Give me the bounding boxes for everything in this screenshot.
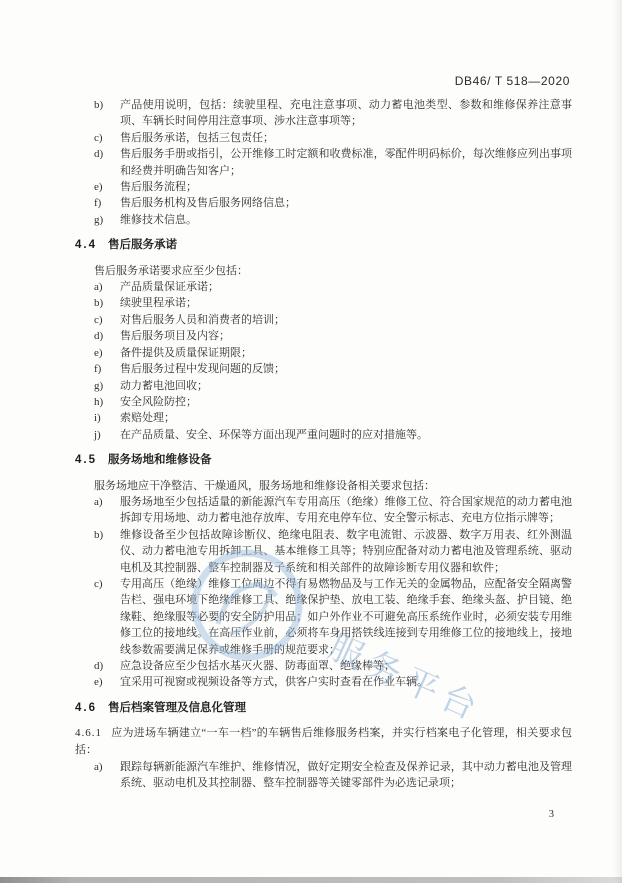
list-item-marker: c) [94, 576, 120, 658]
list-item-text: 维修设备至少包括故障诊断仪、绝缘电阻表、数字电流钳、示波器、数字万用表、红外测温… [120, 527, 572, 576]
list-item-text: 产品使用说明，包括：续驶里程、充电注意事项、动力蓄电池类型、参数和维修保养注意事… [120, 97, 572, 130]
list-item-marker: f) [94, 361, 120, 377]
list-item-marker: i) [94, 410, 120, 426]
header-doc-code: DB46/ T 518—2020 [455, 74, 570, 88]
numbered-paragraph: 4.6.1应为进场车辆建立“一车一档”的车辆售后维修服务档案，并实行档案电子化管… [75, 725, 572, 758]
list-item-text: 专用高压（绝缘）维修工位周边不得有易燃物品及与工作无关的金属物品，应配备安全隔离… [120, 576, 572, 658]
list-item-text: 售后服务流程； [120, 179, 572, 195]
list-item: g)动力蓄电池回收； [75, 378, 572, 394]
list-item-text: 维修技术信息。 [120, 212, 572, 228]
list-item-text: 售后服务过程中发现问题的反馈； [120, 361, 572, 377]
list-item-marker: a) [94, 279, 120, 295]
list-item-text: 售后服务机构及售后服务网络信息； [120, 195, 572, 211]
list-item-text: 售后服务承诺，包括三包责任； [120, 130, 572, 146]
list-item: i)索赔处理； [75, 410, 572, 426]
list-item: e)备件提供及质量保证期限； [75, 345, 572, 361]
list-item: b)续驶里程承诺； [75, 295, 572, 311]
list-item: a)服务场地至少包括适量的新能源汽车专用高压（绝缘）维修工位、符合国家规范的动力… [75, 494, 572, 527]
section-heading: 4.6售后档案管理及信息化管理 [75, 700, 572, 716]
list-item-marker: g) [94, 378, 120, 394]
section-number: 4.4 [75, 237, 97, 253]
list-item-marker: b) [94, 527, 120, 576]
list-item-text: 备件提供及质量保证期限； [120, 345, 572, 361]
list-item-text: 服务场地至少包括适量的新能源汽车专用高压（绝缘）维修工位、符合国家规范的动力蓄电… [120, 494, 572, 527]
list-item: d)售后服务项目及内容； [75, 328, 572, 344]
list-item: a)产品质量保证承诺； [75, 279, 572, 295]
list-item-marker: d) [94, 146, 120, 179]
list-item-marker: a) [94, 759, 120, 792]
list-item: c)对售后服务人员和消费者的培训； [75, 312, 572, 328]
list-item-marker: b) [94, 97, 120, 130]
page-number: 3 [549, 809, 554, 820]
list-item: c)专用高压（绝缘）维修工位周边不得有易燃物品及与工作无关的金属物品，应配备安全… [75, 576, 572, 658]
intro-paragraph: 服务场地应干净整洁、干燥通风，服务场地和维修设备相关要求包括： [94, 478, 572, 494]
list-item: b)产品使用说明，包括：续驶里程、充电注意事项、动力蓄电池类型、参数和维修保养注… [75, 97, 572, 130]
list-item-text: 动力蓄电池回收； [120, 378, 572, 394]
list-item-text: 索赔处理； [120, 410, 572, 426]
list-item-text: 宜采用可视窗或视频设备等方式，供客户实时查看在作业车辆。 [120, 674, 572, 690]
list-item-text: 售后服务手册或指引，公开维修工时定额和收费标准，零配件明码标价，每次维修应列出事… [120, 146, 572, 179]
list-item-text: 产品质量保证承诺； [120, 279, 572, 295]
list-item: e)宜采用可视窗或视频设备等方式，供客户实时查看在作业车辆。 [75, 674, 572, 690]
list-item-marker: d) [94, 328, 120, 344]
section-heading: 4.4售后服务承诺 [75, 237, 572, 253]
list-item-marker: c) [94, 312, 120, 328]
list-item-marker: e) [94, 179, 120, 195]
list-item-marker: g) [94, 212, 120, 228]
list-item-text: 续驶里程承诺； [120, 295, 572, 311]
list-item-marker: f) [94, 195, 120, 211]
list-item: h)安全风险防控； [75, 394, 572, 410]
list-item: f)售后服务机构及售后服务网络信息； [75, 195, 572, 211]
list-item: g)维修技术信息。 [75, 212, 572, 228]
section-number: 4.5 [75, 452, 97, 468]
list-item-marker: b) [94, 295, 120, 311]
section-title: 服务场地和维修设备 [108, 452, 212, 468]
list-item: b)维修设备至少包括故障诊断仪、绝缘电阻表、数字电流钳、示波器、数字万用表、红外… [75, 527, 572, 576]
list-item-marker: d) [94, 658, 120, 674]
list-item-text: 安全风险防控； [120, 394, 572, 410]
document-body: b)产品使用说明，包括：续驶里程、充电注意事项、动力蓄电池类型、参数和维修保养注… [75, 97, 572, 792]
list-item: e)售后服务流程； [75, 179, 572, 195]
section-number: 4.6 [75, 700, 97, 716]
list-item: c)售后服务承诺，包括三包责任； [75, 130, 572, 146]
list-item-marker: a) [94, 494, 120, 527]
paragraph-number: 4.6.1 [75, 727, 102, 739]
list-item: d)售后服务手册或指引，公开维修工时定额和收费标准，零配件明码标价，每次维修应列… [75, 146, 572, 179]
list-item-text: 在产品质量、安全、环保等方面出现严重问题时的应对措施等。 [120, 427, 572, 443]
scan-edge-bottom [0, 877, 622, 883]
section-title: 售后服务承诺 [108, 237, 177, 253]
list-item-text: 跟踪每辆新能源汽车维护、维修情况，做好定期安全检查及保养记录，其中动力蓄电池及管… [120, 759, 572, 792]
section-heading: 4.5服务场地和维修设备 [75, 452, 572, 468]
list-item-text: 售后服务项目及内容； [120, 328, 572, 344]
list-item: j)在产品质量、安全、环保等方面出现严重问题时的应对措施等。 [75, 427, 572, 443]
intro-paragraph: 售后服务承诺要求应至少包括： [94, 263, 572, 279]
list-item-marker: j) [94, 427, 120, 443]
list-item-text: 对售后服务人员和消费者的培训； [120, 312, 572, 328]
list-item-marker: e) [94, 345, 120, 361]
list-item: a)跟踪每辆新能源汽车维护、维修情况，做好定期安全检查及保养记录，其中动力蓄电池… [75, 759, 572, 792]
list-item-text: 应急设备应至少包括水基灭火器、防毒面罩、绝缘棒等； [120, 658, 572, 674]
paragraph-text: 应为进场车辆建立“一车一档”的车辆售后维修服务档案，并实行档案电子化管理，相关要… [75, 727, 572, 755]
list-item-marker: e) [94, 674, 120, 690]
document-page: DB46/ T 518—2020 b)产品使用说明，包括：续驶里程、充电注意事项… [0, 0, 622, 883]
section-title: 售后档案管理及信息化管理 [108, 700, 246, 716]
list-item-marker: c) [94, 130, 120, 146]
list-item: f)售后服务过程中发现问题的反馈； [75, 361, 572, 377]
list-item-marker: h) [94, 394, 120, 410]
scan-edge-right [613, 0, 622, 883]
list-item: d)应急设备应至少包括水基灭火器、防毒面罩、绝缘棒等； [75, 658, 572, 674]
